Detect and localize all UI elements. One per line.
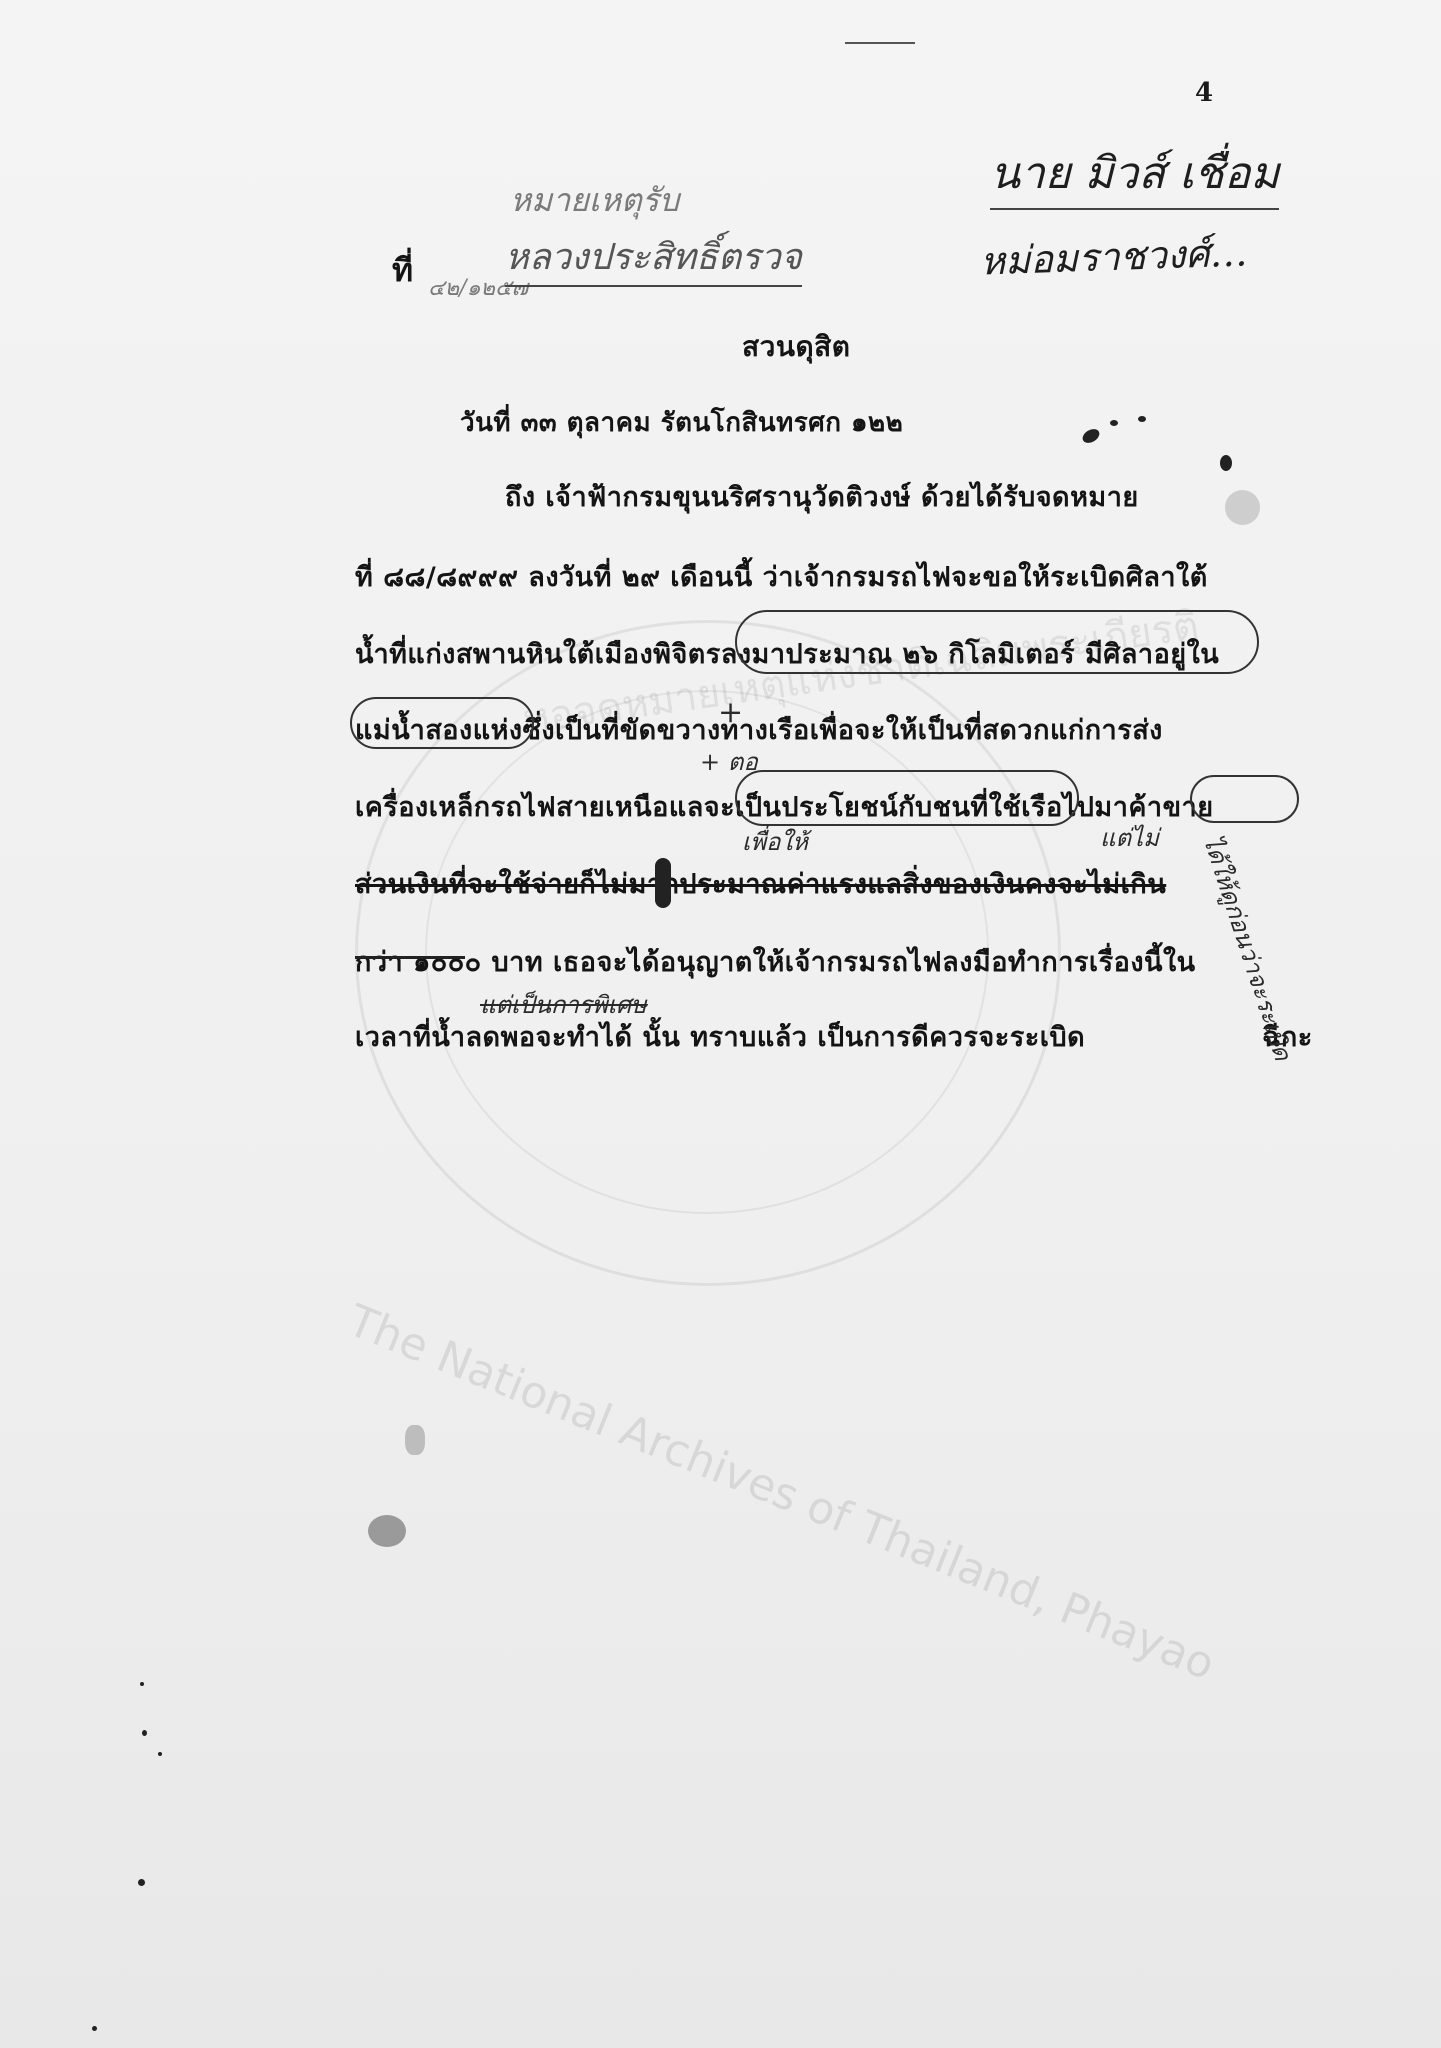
- speck: [142, 1730, 147, 1736]
- ink-blot: [1220, 455, 1232, 471]
- body-line-1: ถึง เจ้าฟ้ากรมขุนนริศรานุวัดติวงษ์ ด้วยไ…: [505, 475, 1139, 518]
- ink-circle-annotation: [735, 770, 1079, 826]
- page-number: 4: [1195, 78, 1213, 108]
- handwritten-insert-above-line-6-right: แต่ไม่: [1100, 818, 1159, 857]
- body-line-7: กว่า ๑๐๐๐ บาท เธอจะได้อนุญาตให้เจ้ากรมรถ…: [355, 940, 1196, 983]
- smudge: [368, 1515, 406, 1547]
- handwritten-name-right-top: นาย มิวส์ เชื่อม: [990, 138, 1279, 210]
- handwritten-name-left: หลวงประสิทธิ์ตรวจ: [505, 228, 802, 287]
- speck: [140, 1682, 144, 1686]
- smudge: [405, 1425, 425, 1455]
- reference-prefix: ที่: [392, 245, 414, 296]
- body-line-2: ที่ ๘๘/๘๙๙๙ ลงวันที่ ๒๙ เดือนนี้ ว่าเจ้า…: [355, 555, 1208, 598]
- ink-blot: [1080, 426, 1102, 445]
- scan-mark: [845, 42, 915, 44]
- speck: [138, 1879, 145, 1886]
- speck: [92, 2026, 97, 2031]
- ink-circle-annotation: [350, 697, 534, 749]
- handwritten-note-top-left: หมายเหตุรับ: [510, 175, 679, 226]
- date-line: วันที่ ๓๓ ตุลาคม รัตนโกสินทรศก ๑๒๒: [460, 402, 903, 443]
- handwritten-insert-above-line-6: เพื่อให้: [742, 822, 808, 861]
- classification-heading: สวนดุสิต: [742, 325, 850, 369]
- body-line-8: เวลาที่น้ำลดพอจะทำได้ นั้น ทราบแล้ว เป็น…: [355, 1015, 1085, 1058]
- strike-through-mark: [355, 956, 465, 959]
- speck: [158, 1752, 162, 1756]
- ink-blot: [1110, 420, 1118, 426]
- ink-circle-annotation: [735, 610, 1259, 674]
- handwritten-name-right-bottom: หม่อมราชวงศ์…: [979, 221, 1248, 291]
- ink-blot: [1138, 416, 1146, 422]
- insert-mark: +: [718, 695, 743, 730]
- ink-circle-annotation: [1190, 775, 1299, 823]
- watermark-english-text: The National Archives of Thailand, Phaya…: [341, 1295, 1222, 1690]
- body-line-6-struck: ส่วนเงินที่จะใช้จ่ายก็ไม่มากประมาณค่าแรง…: [355, 862, 1166, 905]
- smudge: [1225, 490, 1260, 525]
- ink-blot: [655, 858, 671, 908]
- margin-vertical-annotation: ได้ให้ดูก่อนว่าจะระเบิด: [1193, 830, 1303, 1065]
- scanned-document-page: หอจดหมายเหตุแห่งชาติเฉลิมพระเกียรติ The …: [0, 0, 1441, 2048]
